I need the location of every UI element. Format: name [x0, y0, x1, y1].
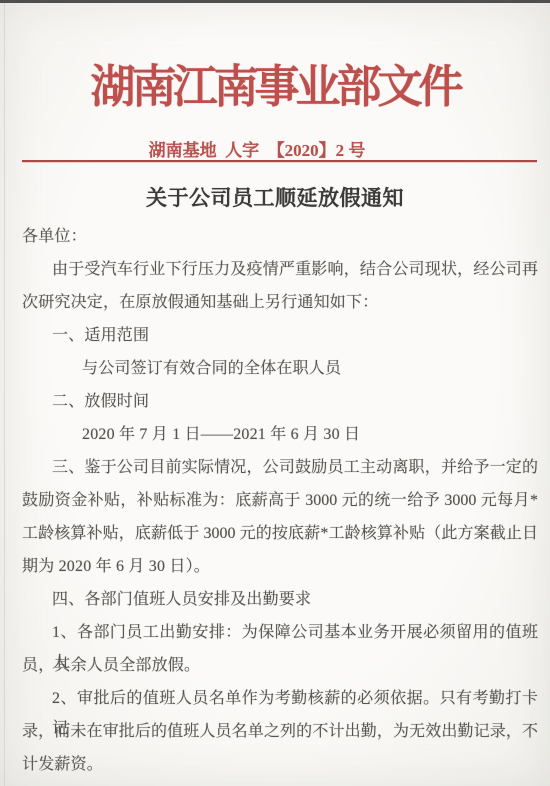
- body-line: 计发薪资。: [22, 750, 538, 783]
- body-line: 一、适用范围: [22, 321, 538, 354]
- body-line: 各单位：: [22, 222, 538, 255]
- body-line: 1、各部门员工出勤安排：为保障公司基本业务开展必须留用的值班人: [22, 618, 538, 651]
- body-line: 2、审批后的值班人员名单作为考勤核薪的必须依据。只有考勤打卡记: [22, 684, 538, 717]
- body-line: 与公司签订有效合同的全体在职人员: [22, 354, 538, 387]
- top-border-bar: [0, 0, 550, 3]
- document-body: 各单位：由于受汽车行业下行压力及疫情严重影响，结合公司现状，经公司再次研究决定，…: [22, 222, 538, 783]
- body-line: 由于受汽车行业下行压力及疫情严重影响，结合公司现状，经公司再: [22, 255, 538, 288]
- red-divider-line: [22, 160, 537, 162]
- red-header-org-title: 湖南江南事业部文件: [0, 56, 550, 118]
- body-line: 员，其余人员全部放假。: [22, 651, 538, 684]
- body-line: 期为 2020 年 6 月 30 日）。: [22, 552, 538, 585]
- body-line: 鼓励资金补贴，补贴标准为：底薪高于 3000 元的统一给予 3000 元每月*: [22, 486, 538, 519]
- body-line: 四、各部门值班人员安排及出勤要求: [22, 585, 538, 618]
- scan-edge-line: [4, 3, 5, 786]
- body-line: 2020 年 7 月 1 日——2021 年 6 月 30 日: [22, 420, 538, 453]
- body-line: 三、鉴于公司目前实际情况，公司鼓励员工主动离职，并给予一定的: [22, 453, 538, 486]
- document-number: 湖南基地 人字 【2020】2 号: [0, 140, 550, 162]
- body-line: 工龄核算补贴，底薪低于 3000 元的按底薪*工龄核算补贴（此方案截止日: [22, 519, 538, 552]
- body-line: 录，而未在审批后的值班人员名单之列的不计出勤，为无效出勤记录，不: [22, 717, 538, 750]
- document-page: 湖南江南事业部文件 湖南基地 人字 【2020】2 号 关于公司员工顺延放假通知…: [0, 0, 550, 786]
- body-line: 二、放假时间: [22, 387, 538, 420]
- document-title: 关于公司员工顺延放假通知: [0, 183, 550, 213]
- body-line: 次研究决定，在原放假通知基础上另行通知如下：: [22, 288, 538, 321]
